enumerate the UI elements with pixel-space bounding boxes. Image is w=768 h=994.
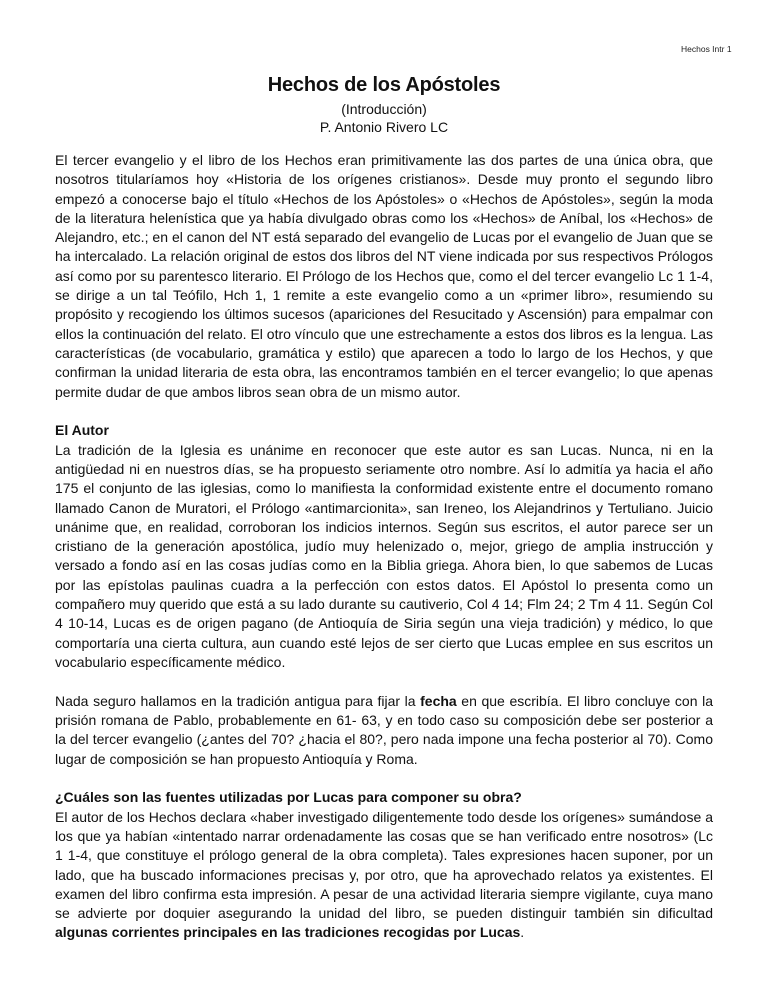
document-title: Hechos de los Apóstoles (0, 74, 768, 97)
sources-paragraph: El autor de los Hechos declara «haber in… (55, 808, 713, 943)
sources-text: El autor de los Hechos declara «haber in… (55, 809, 713, 921)
paragraph-spacer (55, 402, 713, 422)
paragraph-spacer (55, 769, 713, 789)
page-header-note: Hechos Intr 1 (681, 44, 732, 54)
paragraph-spacer (55, 672, 713, 692)
sources-end: . (520, 924, 524, 940)
document-body: El tercer evangelio y el libro de los He… (55, 151, 713, 943)
document-author: P. Antonio Rivero LC (0, 119, 768, 135)
section-heading-sources: ¿Cuáles son las fuentes utilizadas por L… (55, 788, 713, 807)
section-heading-author: El Autor (55, 421, 713, 440)
date-keyword: fecha (420, 693, 457, 709)
date-text-before: Nada seguro hallamos en la tradición ant… (55, 693, 420, 709)
intro-paragraph: El tercer evangelio y el libro de los He… (55, 151, 713, 402)
date-paragraph: Nada seguro hallamos en la tradición ant… (55, 692, 713, 769)
author-paragraph: La tradición de la Iglesia es unánime en… (55, 441, 713, 673)
document-subtitle: (Introducción) (0, 101, 768, 117)
sources-emphasis: algunas corrientes principales en las tr… (55, 924, 520, 940)
